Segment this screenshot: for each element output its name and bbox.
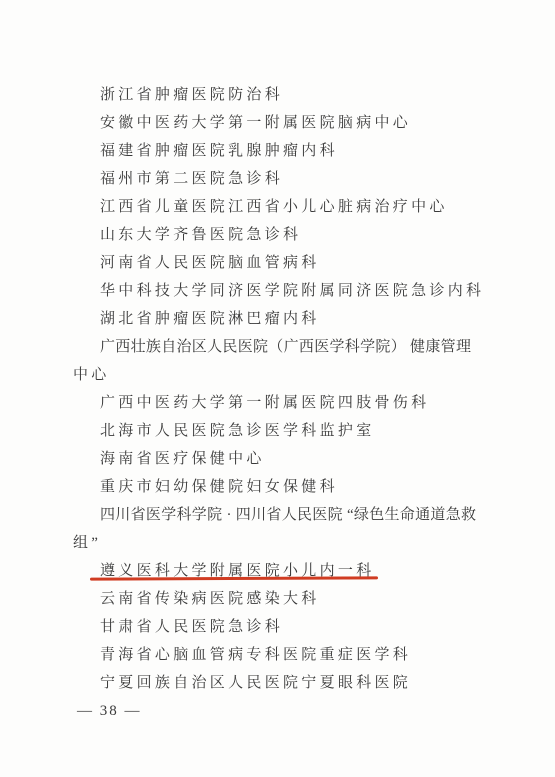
department-entry: 四川省医学科学院 · 四川省人民医院 “绿色生命通道急救 — [73, 501, 484, 529]
department-entry: 湖北省肿瘤医院淋巴瘤内科 — [73, 305, 484, 333]
department-list: 浙江省肿瘤医院防治科 安徽中医药大学第一附属医院脑病中心 福建省肿瘤医院乳腺肿瘤… — [73, 81, 484, 725]
department-entry: 江西省儿童医院江西省小儿心脏病治疗中心 — [73, 193, 484, 221]
department-entry: 福州市第二医院急诊科 — [73, 165, 484, 193]
department-entry: 广西壮族自治区人民医院（广西医学科学院） 健康管理 — [73, 333, 484, 361]
department-entry: 云南省传染病医院感染大科 — [73, 585, 484, 613]
department-entry: 广西中医药大学第一附属医院四肢骨伤科 — [73, 389, 484, 417]
department-entry: 宁夏回族自治区人民医院宁夏眼科医院 — [73, 669, 484, 697]
department-entry: 华中科技大学同济医学院附属同济医院急诊内科 — [73, 277, 484, 305]
department-entry: 福建省肿瘤医院乳腺肿瘤内科 — [73, 137, 484, 165]
department-entry: 河南省人民医院脑血管病科 — [73, 249, 484, 277]
department-entry-continuation: 中心 — [73, 361, 484, 389]
page-number: — 38 — — [77, 697, 484, 725]
department-entry: 青海省心脑血管病专科医院重症医学科 — [73, 641, 484, 669]
department-entry-underlined: 遵义医科大学附属医院小儿内一科 — [73, 557, 484, 585]
department-entry: 海南省医疗保健中心 — [73, 445, 484, 473]
department-entry: 甘肃省人民医院急诊科 — [73, 613, 484, 641]
department-entry: 浙江省肿瘤医院防治科 — [73, 81, 484, 109]
scanned-document-page: 浙江省肿瘤医院防治科 安徽中医药大学第一附属医院脑病中心 福建省肿瘤医院乳腺肿瘤… — [0, 0, 555, 777]
department-entry: 山东大学齐鲁医院急诊科 — [73, 221, 484, 249]
department-entry: 北海市人民医院急诊医学科监护室 — [73, 417, 484, 445]
department-entry: 重庆市妇幼保健院妇女保健科 — [73, 473, 484, 501]
department-entry: 安徽中医药大学第一附属医院脑病中心 — [73, 109, 484, 137]
department-entry-continuation: 组” — [73, 529, 484, 557]
